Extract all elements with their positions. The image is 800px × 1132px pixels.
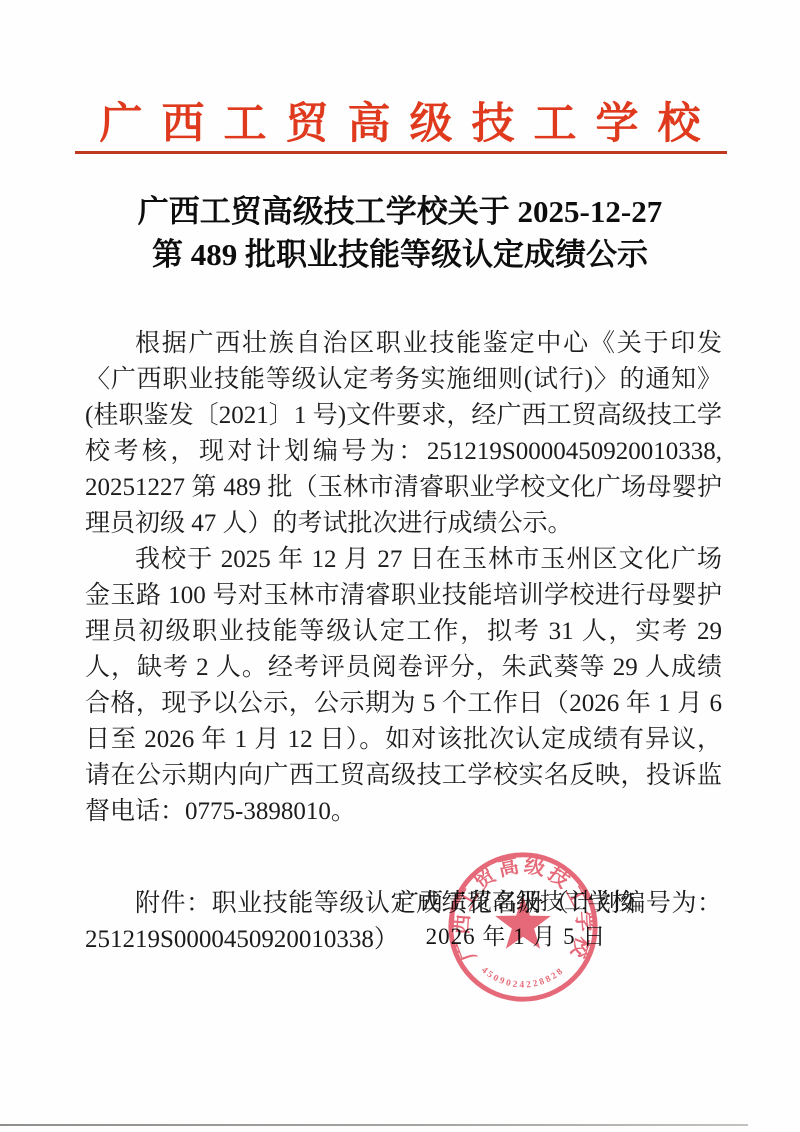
seal-serial-number: 4509024228828 — [479, 965, 567, 990]
masthead-divider — [75, 151, 727, 154]
signature-date: 2026 年 1 月 5 日 — [366, 919, 666, 954]
school-masthead: 广西工贸高级技工学校 — [0, 90, 800, 151]
document-title-line1: 广西工贸高级技工学校关于 2025-12-27 — [138, 194, 662, 229]
document-title-line2: 第 489 批职业技能等级认定成绩公示 — [152, 237, 648, 272]
signature-block: 广西工贸高级技工学校 2026 年 1 月 5 日 — [366, 884, 666, 954]
document-title: 广西工贸高级技工学校关于 2025-12-27 第 489 批职业技能等级认定成… — [0, 190, 800, 276]
scan-edge-artifact — [0, 1124, 748, 1126]
signature-organization: 广西工贸高级技工学校 — [366, 884, 666, 919]
body-paragraph-results: 我校于 2025 年 12 月 27 日在玉林市玉州区文化广场金玉路 100 号… — [85, 542, 722, 830]
body-paragraph-basis: 根据广西壮族自治区职业技能鉴定中心《关于印发〈广西职业技能等级认定考务实施细则(… — [85, 326, 722, 542]
document-body: 根据广西壮族自治区职业技能鉴定中心《关于印发〈广西职业技能等级认定考务实施细则(… — [85, 326, 722, 958]
scanned-announcement-page: 广西工贸高级技工学校 广西工贸高级技工学校关于 2025-12-27 第 489… — [0, 0, 800, 1132]
